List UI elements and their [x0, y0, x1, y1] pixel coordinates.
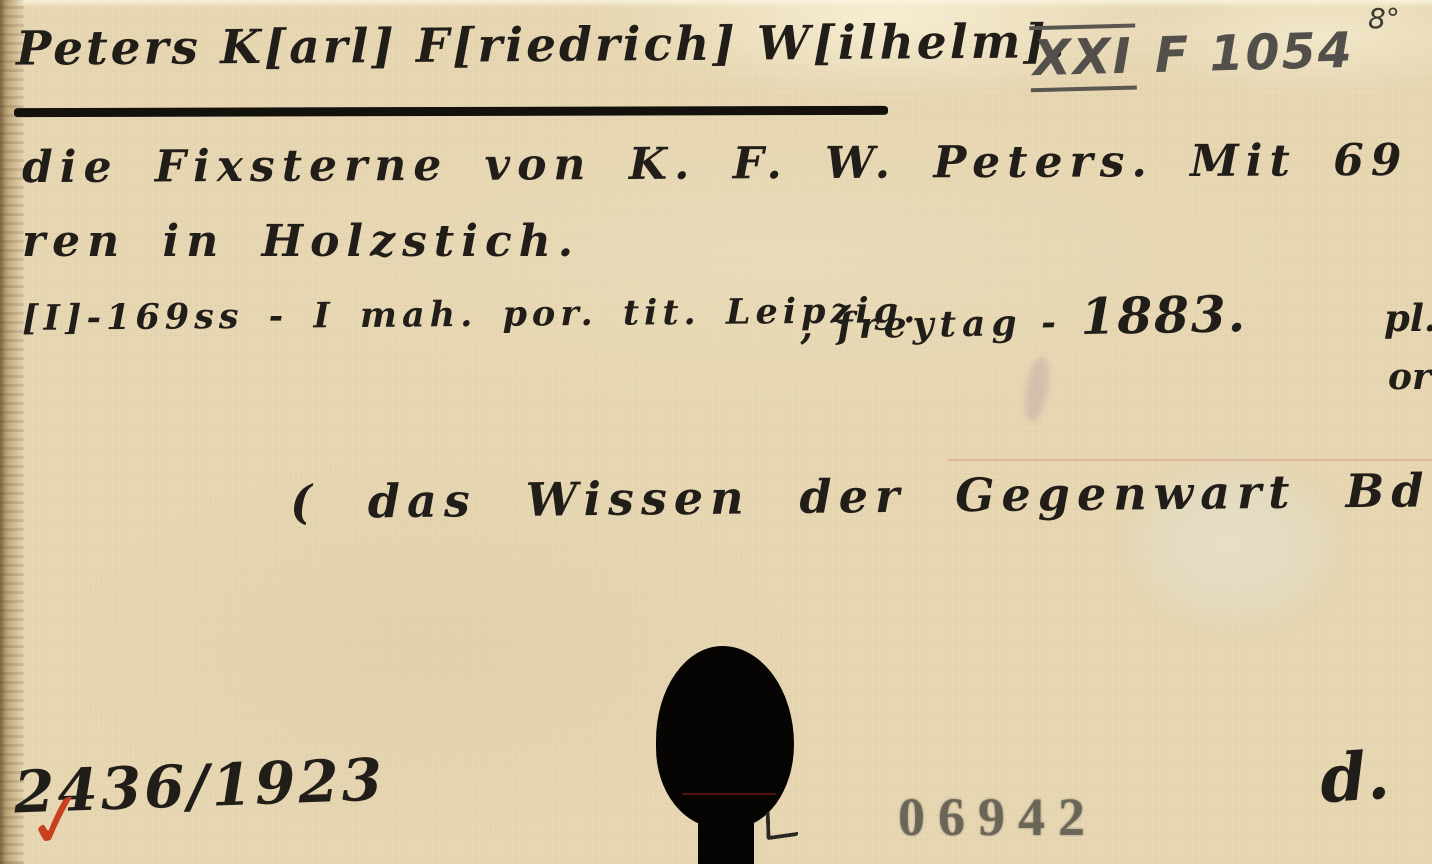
heading-underline	[14, 106, 888, 117]
call-number-shelf-mark: F 1054	[1135, 22, 1354, 85]
inventory-stamp: 06942	[898, 786, 1098, 848]
imprint-publisher: , freytag -	[800, 301, 1081, 348]
call-number-class: XXI	[1029, 23, 1136, 92]
collation-line: [I]-169ss - I mah. por. tit. Leipzig.	[22, 290, 921, 339]
imprint-year: 1883.	[1080, 284, 1248, 346]
pen-corner-mark	[766, 808, 799, 841]
scan-artifact-line	[948, 459, 1432, 461]
call-number: XXI F 1054	[1029, 22, 1354, 87]
format-notation: 8°	[1368, 2, 1400, 35]
series-statement: ( das Wissen der Gegenwart Bd XII .)	[290, 461, 1432, 529]
hole-punch-slot	[698, 800, 754, 864]
scan-top-edge	[0, 0, 1432, 8]
margin-note-original: orig	[1388, 356, 1432, 398]
title-line-1: die Fixsterne von K. F. W. Peters. Mit 6…	[22, 134, 1432, 193]
imprint-line: , freytag - 1883.	[800, 284, 1248, 351]
margin-note-plates: pl.	[1384, 296, 1432, 340]
scan-left-edge	[0, 0, 24, 864]
librarian-initial: d.	[1317, 736, 1391, 819]
catalog-card: Peters K[arl] F[riedrich] W[ilhelm]. XXI…	[0, 0, 1432, 864]
ink-smudge	[1020, 355, 1053, 424]
title-line-2: ren in Holzstich.	[22, 216, 580, 267]
scan-artifact-red-line	[682, 793, 776, 795]
author-heading: Peters K[arl] F[riedrich] W[ilhelm].	[16, 14, 1068, 76]
